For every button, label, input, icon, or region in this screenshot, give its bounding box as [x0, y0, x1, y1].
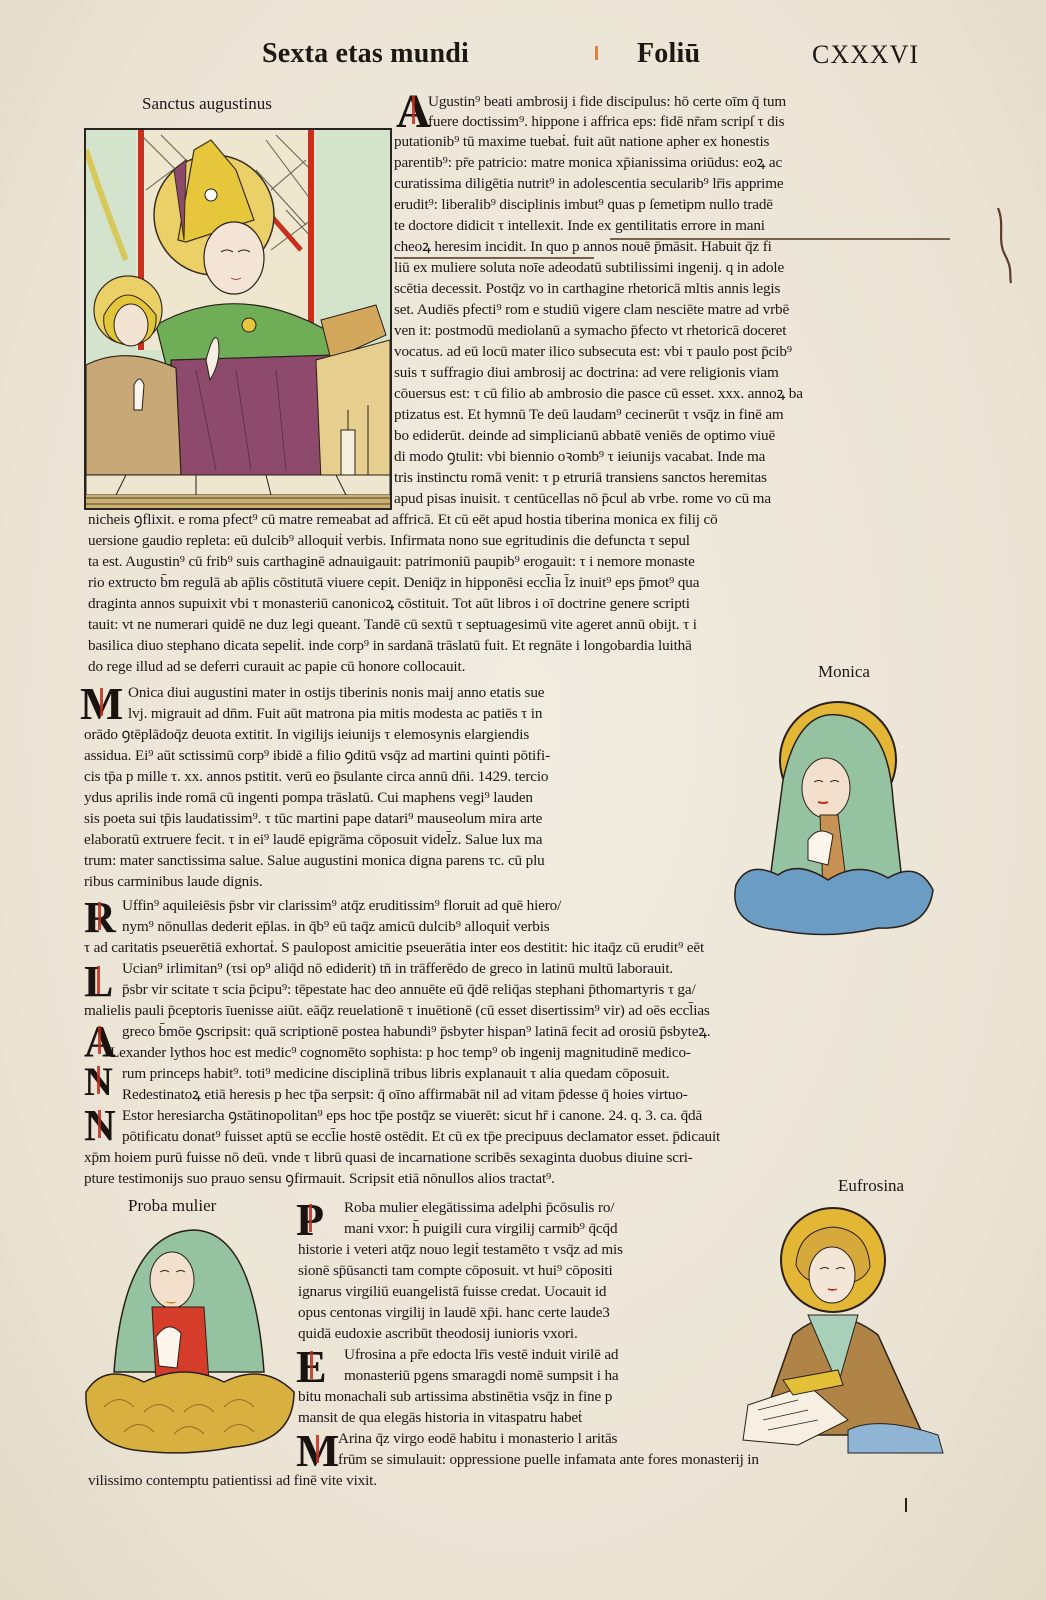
text-line: p̄sbr vir scitate τ scia p̄cipu⁹: tēpest…	[122, 980, 696, 1000]
caption-eufrosina: Eufrosina	[838, 1176, 904, 1196]
text-line: mansit de qua elegās historia in vitaspa…	[298, 1408, 582, 1428]
text-line: scētia decessit. Postq̄z vo in carthagin…	[394, 279, 780, 299]
text-line: quidā eudoxie ascribūt theodosij iuniori…	[298, 1324, 578, 1344]
woodcut-eufrosina	[738, 1205, 948, 1455]
text-line: monasteriū pgens smaragdi nomē sumpsit i…	[344, 1366, 618, 1386]
text-line: Ugustin⁹ beati ambrosij i fide discipulu…	[428, 92, 786, 112]
red-tick-mark	[595, 46, 598, 60]
text-line: Lexander lythos hoc est medic⁹ cognomēto…	[110, 1043, 691, 1063]
woodcut-monica	[728, 690, 938, 940]
text-line: vocatus. ad eū locū mater ilico subsecut…	[394, 342, 792, 362]
text-line: di modo ꝯtulit: vbi biennio oꝛomb⁹ τ iei…	[394, 447, 765, 467]
text-line: assidua. Ei⁹ aūt sctissimū corp⁹ ibidē a…	[84, 746, 550, 766]
bishop-illustration-icon	[86, 130, 390, 508]
text-line: bitu monachali sub artissima abstinētia …	[298, 1387, 612, 1407]
text-line: liū ex muliere soluta noīe adeodatū subt…	[394, 258, 784, 278]
text-line: Arina q̄z virgo eodē habitu i monasterio…	[338, 1429, 617, 1449]
text-line: mani vxor: h̄ puigili cura virgilij carm…	[344, 1219, 617, 1239]
folio-label: Foliū	[637, 38, 700, 70]
text-line: tris instinctu romā venit: τ p etruriā t…	[394, 468, 767, 488]
text-line: elaboratū extruere fecit. τ in ei⁹ laudē…	[84, 830, 542, 850]
initial-E-eufrosina: E	[296, 1347, 327, 1387]
text-line: putationib⁹ tū maxime tuebaṫ. fuit aūt n…	[394, 132, 769, 152]
text-line: ydus aprilis inde romā cū ingenti pompa …	[84, 788, 533, 808]
text-line: nym⁹ nōnullas dederit ep̄las. in q̄b⁹ eū…	[122, 917, 550, 937]
text-line: vilissimo contemptu patientissi ad finē …	[88, 1471, 377, 1491]
text-line: lvj. migrauit ad dn̄m. Fuit aūt matrona …	[128, 704, 542, 724]
caption-augustinus: Sanctus augustinus	[142, 94, 272, 114]
text-line: ta est. Augustin⁹ cū frib⁹ suis carthagi…	[88, 552, 695, 572]
text-line: draginta annos supuixit vbi τ monasteriū…	[88, 594, 690, 614]
initial-N-nestorius: N	[84, 1106, 116, 1146]
text-line: erudit⁹: liberalib⁹ disciplinis imbut⁹ q…	[394, 195, 773, 215]
running-title-text: Sexta etas mundi	[262, 38, 469, 69]
text-line: cheoꝝ heresim incidit. In quo p annos no…	[394, 237, 772, 257]
initial-P-proba: P	[296, 1200, 324, 1240]
text-line: frūm se simulauit: oppressione puelle in…	[338, 1450, 759, 1470]
text-line: opus centonas virgilij in laudē xp̄i. ha…	[298, 1303, 610, 1323]
text-line: sis poeta sui tp̄is laudatissim⁹. τ tūc …	[84, 809, 542, 829]
text-line: rio extructo b̄m regulā ab ap̄lis cōstit…	[88, 573, 699, 593]
text-line: orādo ꝯtēplādoq̄z deuota extitit. In vig…	[84, 725, 529, 745]
text-line: Redestinatoꝝ etiā heresis p hec tp̄a ser…	[122, 1085, 688, 1105]
initial-R-ruffinus: R	[84, 898, 116, 938]
text-line: suis τ suffragio diui ambrosij ac doctri…	[394, 363, 779, 383]
text-line: ven it: postmodū mediolanū a symacho p̄f…	[394, 321, 786, 341]
text-line: set. Audiēs pfecti⁹ rom e studiū vigere …	[394, 300, 789, 320]
woodcut-proba	[84, 1222, 299, 1457]
initial-M-monica: M	[80, 684, 123, 724]
text-line: fuere doctissim⁹. hippone i affrica eps:…	[428, 112, 784, 132]
text-line: nicheis ꝯflixit. e roma pfect⁹ cū matre …	[88, 510, 718, 530]
folio-number: CXXXVI	[812, 40, 919, 70]
woodcut-augustinus	[84, 128, 392, 510]
text-line: basilica diuo stephano dicata sepeliṫ. i…	[88, 636, 692, 656]
text-line: ignarus virgiliū euangelistā fuisse cred…	[298, 1282, 606, 1302]
text-line: curatissima diligētia nutrit⁹ in adolesc…	[394, 174, 784, 194]
initial-A-augustinus: A	[396, 92, 431, 132]
caption-proba: Proba mulier	[128, 1196, 216, 1216]
text-line: bo ediderūt. deinde ad simplicianū abbat…	[394, 426, 775, 446]
text-line: pōtificatu donat⁹ fuisset aptū se eccl̄i…	[122, 1127, 720, 1147]
caption-monica: Monica	[818, 662, 870, 682]
text-line: trum: mater sanctissima salue. Salue aug…	[84, 851, 545, 871]
initial-N-placeholder: N	[84, 1062, 113, 1102]
text-line: greco b̄mōe ꝯscripsit: quā scriptionē po…	[122, 1022, 711, 1042]
initial-M-marina: M	[296, 1431, 339, 1471]
text-line: ribus carminibus laude dignis.	[84, 872, 263, 892]
text-line: parentib⁹: pr̄e patricio: matre monica x…	[394, 153, 782, 173]
text-line: apud pisas inuisit. τ centūcellas nō p̄c…	[394, 489, 771, 509]
text-line: pture testimonijs suo prauo sensu ꝯfirma…	[84, 1169, 555, 1189]
text-line: te doctore didicit τ intellexit. Inde ex…	[394, 216, 765, 236]
text-line: tauit: vt ne numerari quidē ne duz legi …	[88, 615, 697, 635]
text-line: Estor heresiarcha ꝯstātinopolitan⁹ eps h…	[122, 1106, 702, 1126]
margin-annotation-stroke	[995, 205, 1015, 285]
text-line: Onica diui augustini mater in ostijs tib…	[128, 683, 544, 703]
text-line: Ucian⁹ irlimitan⁹ (τsi op⁹ aliq̄d nō edi…	[122, 959, 673, 979]
text-line: Uffin⁹ aquileiēsis p̄sbr vir clarissim⁹ …	[122, 896, 561, 916]
text-line: malielis pauli p̄ceptoris īuenisse aiūt.…	[84, 1001, 710, 1021]
text-line: xp̄m hoiem purū fuisse nō deū. vnde τ li…	[84, 1148, 693, 1168]
text-line: cōuersus est: τ cū filio ab ambrosio die…	[394, 384, 803, 404]
text-line: historie i veteri atq̄z nouo legiṫ testa…	[298, 1240, 623, 1260]
page-mark	[905, 1498, 907, 1512]
text-line: τ ad caritatis pseuerētiā exhortaṫ. S pa…	[84, 938, 704, 958]
text-line: uersione gaudio repleta: eū dulcib⁹ allo…	[88, 531, 690, 551]
text-line: Roba mulier elegātissima adelphi p̄cōsul…	[344, 1198, 614, 1218]
text-line: Ufrosina a pr̄e edocta lr̄is vestē indui…	[344, 1345, 618, 1365]
manuscript-underline	[610, 238, 950, 240]
running-title: Sexta etas mundi	[262, 38, 469, 70]
text-line: sionē sp̄ūsancti tam compte cōposuit. vt…	[298, 1261, 613, 1281]
text-line: do rege illud ad se deferri curauit ac p…	[88, 657, 465, 677]
text-line: cis tp̄a p mille τ. xx. annos pstitit. v…	[84, 767, 548, 787]
book-page: Sexta etas mundi Foliū CXXXVI Sanctus au…	[0, 0, 1046, 1600]
text-line: rum princeps habit⁹. toti⁹ medicine disc…	[122, 1064, 669, 1084]
initial-L-lucianus: L	[84, 962, 113, 1002]
text-line: ptizatus est. Et hymnū Te deū laudam⁹ ce…	[394, 405, 784, 425]
